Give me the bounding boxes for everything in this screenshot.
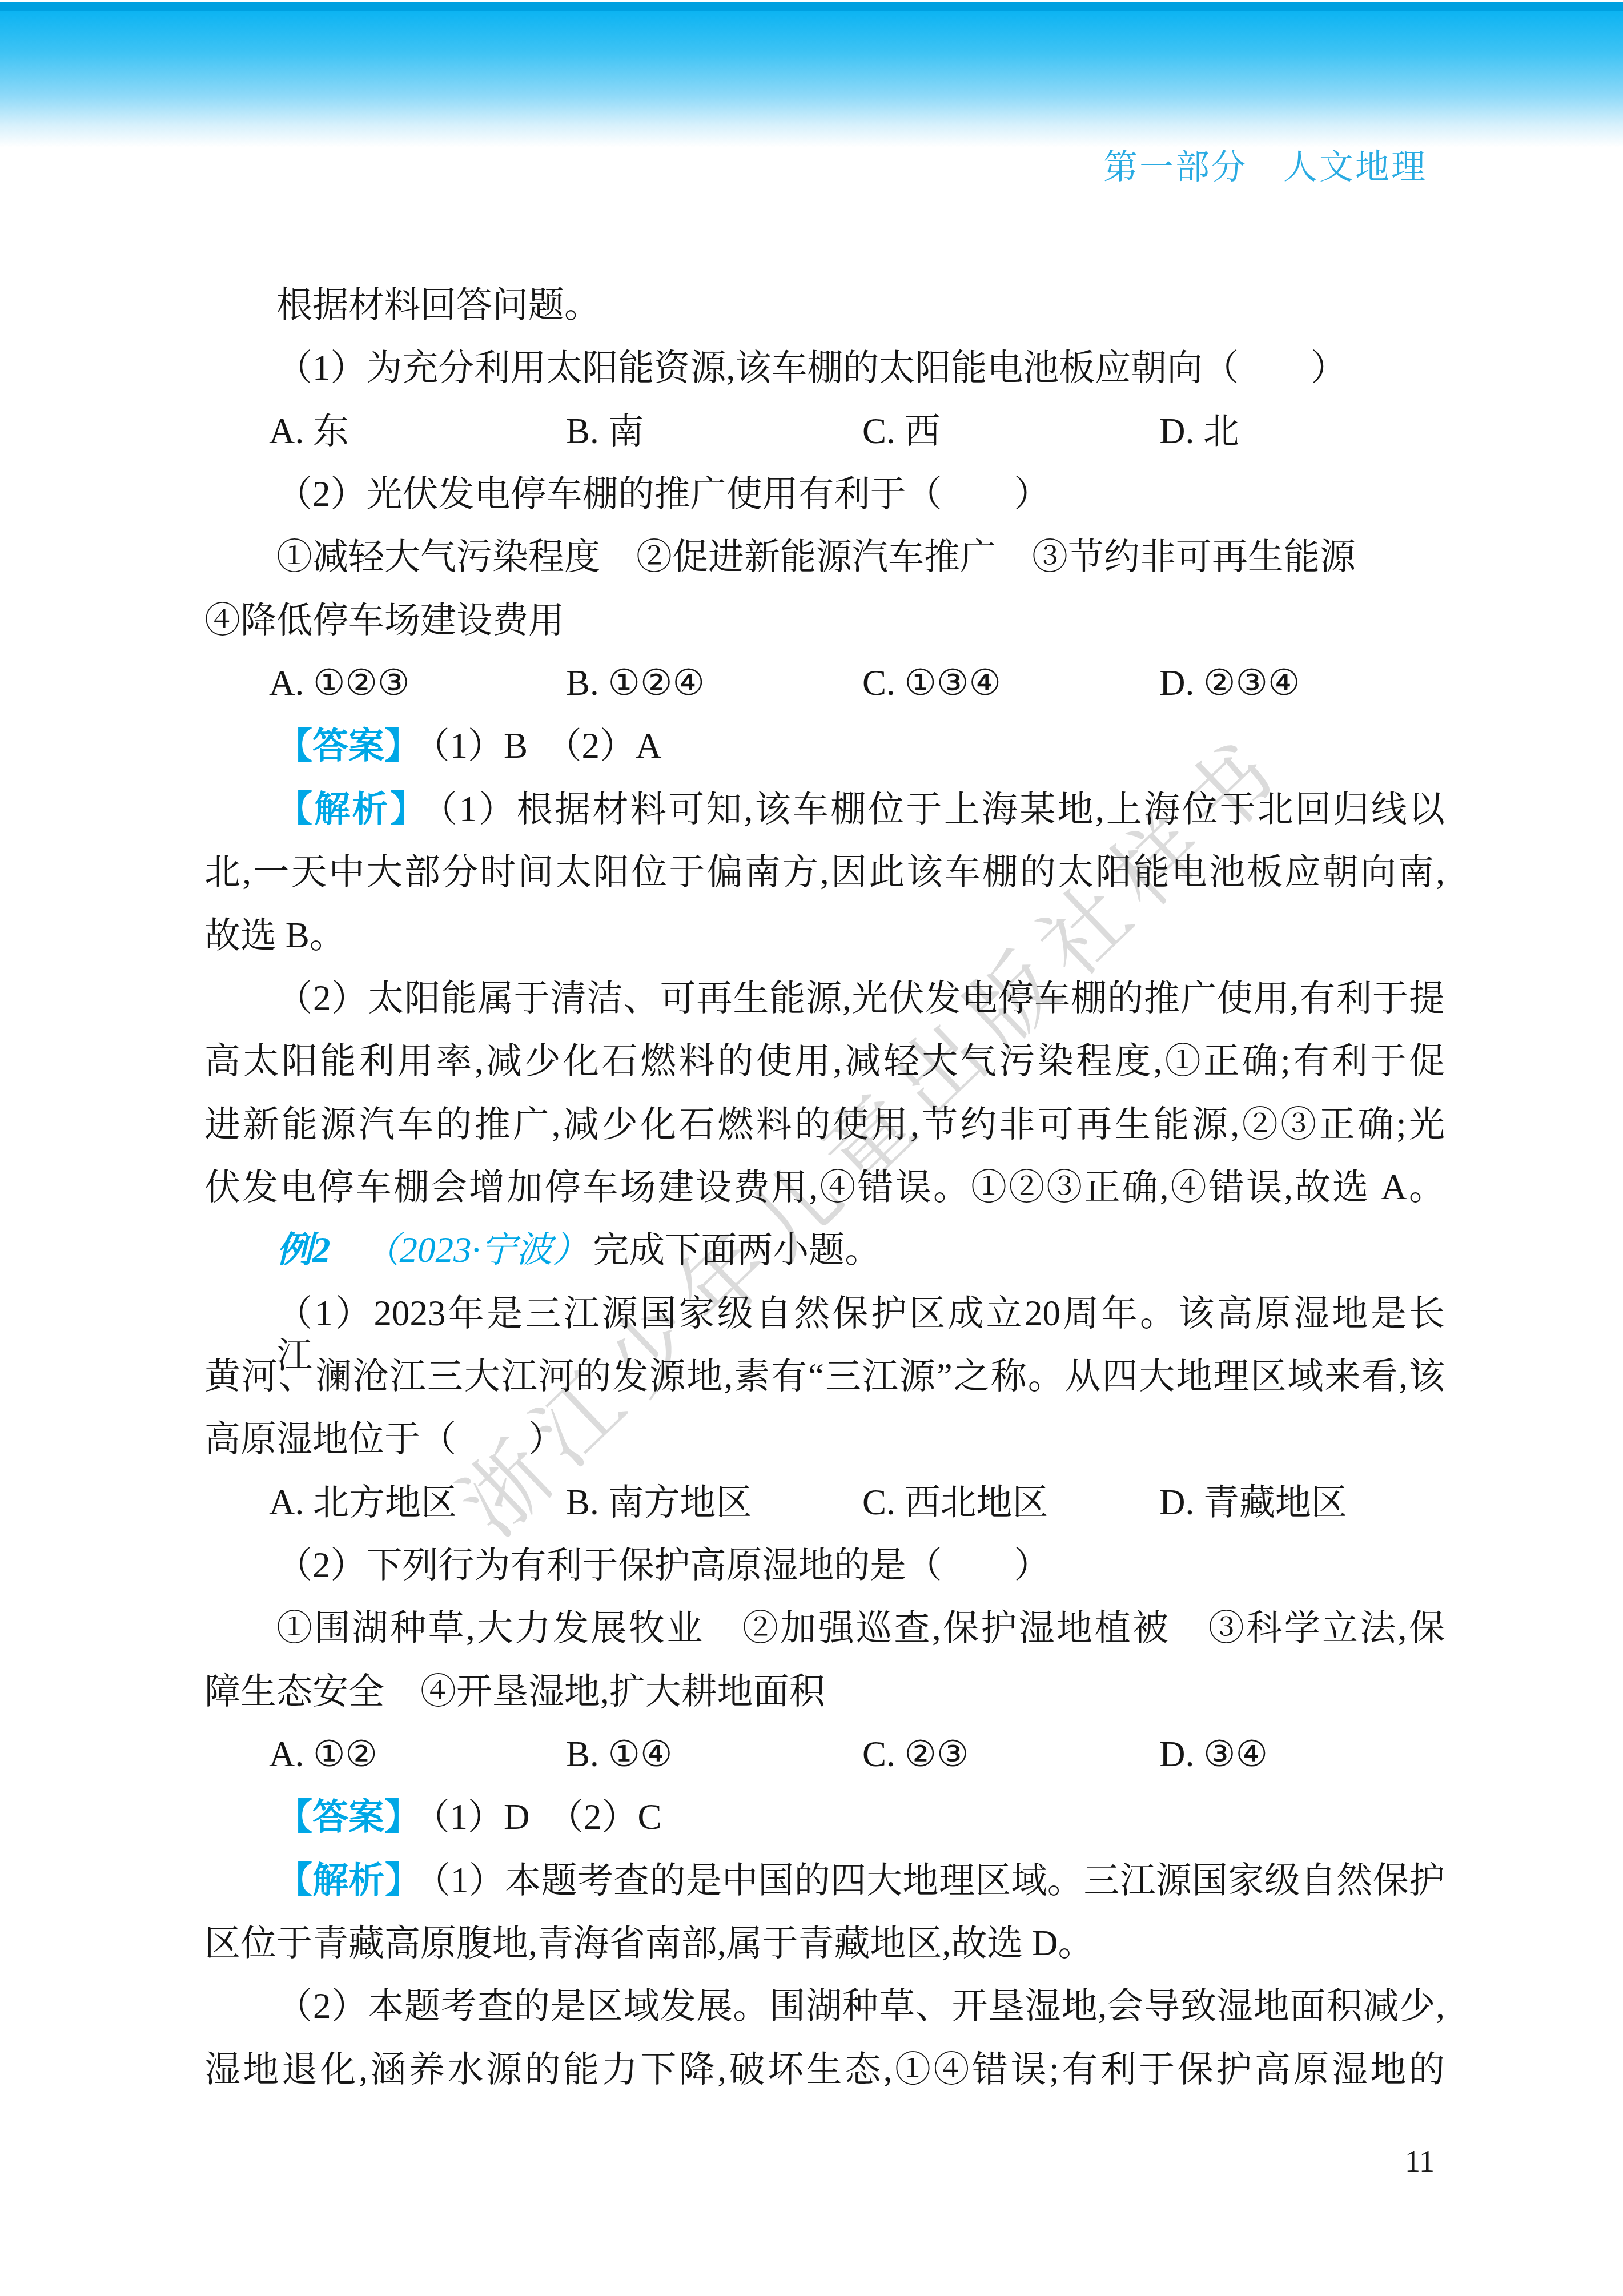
option-a: A. ①② xyxy=(269,1733,377,1775)
question-2-options-row: A. ①②③ B. ①②④ C. ①③④ D. ②③④ xyxy=(204,662,1445,705)
example-2-line: 例2（2023·宁波）完成下面两小题。 xyxy=(204,1229,1445,1272)
analysis-2-line-4: 湿地退化,涵养水源的能力下降,破坏生态,①④错误;有利于保护高原湿地的 xyxy=(204,2048,1445,2092)
option-c: C. 西北地区 xyxy=(862,1481,1048,1523)
option-a: A. 东 xyxy=(269,410,349,452)
answer-values: （1）D （2）C xyxy=(432,1797,662,1837)
option-b: B. 南方地区 xyxy=(566,1481,752,1523)
option-d: D. ②③④ xyxy=(1159,662,1300,704)
section-title: 第一部分 人文地理 xyxy=(1103,150,1427,185)
option-c: C. ①③④ xyxy=(862,662,1001,704)
analysis-text: （1）本题考查的是中国的四大地理区域。三江源国家级自然保护 xyxy=(432,1860,1445,1900)
option-b: B. ①④ xyxy=(566,1733,672,1775)
intro-line: 根据材料回答问题。 xyxy=(204,284,1445,327)
analysis-1-line-1: 【解析】（1）根据材料可知,该车棚位于上海某地,上海位于北回归线以 xyxy=(204,788,1445,831)
question-3-options-row: A. 北方地区 B. 南方地区 C. 西北地区 D. 青藏地区 xyxy=(204,1481,1445,1525)
analysis-1-line-7: 伏发电停车棚会增加停车场建设费用,④错误。①②③正确,④错误,故选 A。 xyxy=(204,1166,1445,1209)
analysis-1-line-6: 进新能源汽车的推广,减少化石燃料的使用,节约非可再生能源,②③正确;光 xyxy=(204,1103,1445,1147)
question-1-stem: （1）为充分利用太阳能资源,该车棚的太阳能电池板应朝向（ ） xyxy=(204,347,1445,390)
answer-label: 【答案】 xyxy=(276,1797,420,1837)
header-blue-bar xyxy=(0,2,1623,11)
option-c: C. ②③ xyxy=(862,1733,969,1775)
header-gradient xyxy=(0,11,1623,147)
answer-line-1: 【答案】（1）B （2）A xyxy=(204,725,1445,768)
page-header xyxy=(0,0,1623,171)
page-number: 11 xyxy=(1405,2145,1435,2178)
option-a: A. 北方地区 xyxy=(269,1481,457,1523)
analysis-2-line-1: 【解析】（1）本题考查的是中国的四大地理区域。三江源国家级自然保护 xyxy=(204,1859,1445,1903)
option-d: D. 北 xyxy=(1159,410,1239,452)
option-b: B. 南 xyxy=(566,410,644,452)
analysis-1-line-2: 北,一天中大部分时间太阳位于偏南方,因此该车棚的太阳能电池板应朝向南, xyxy=(204,851,1445,894)
question-4-stem: （2）下列行为有利于保护高原湿地的是（ ） xyxy=(204,1544,1445,1587)
question-2-stem: （2）光伏发电停车棚的推广使用有利于（ ） xyxy=(204,473,1445,516)
question-2-items-line-1: ①减轻大气污染程度 ②促进新能源汽车推广 ③节约非可再生能源 xyxy=(204,536,1445,579)
question-3-line-1: （1）2023年是三江源国家级自然保护区成立20周年。该高原湿地是长江、 xyxy=(204,1292,1445,1336)
option-b: B. ①②④ xyxy=(566,662,705,704)
answer-line-2: 【答案】（1）D （2）C xyxy=(204,1796,1445,1839)
analysis-label: 【解析】 xyxy=(276,789,428,829)
analysis-1-line-3: 故选 B。 xyxy=(204,914,1445,958)
analysis-1-line-5: 高太阳能利用率,减少化石燃料的使用,减轻大气污染程度,①正确;有利于促 xyxy=(204,1040,1445,1083)
question-4-items-line-1: ①围湖种草,大力发展牧业 ②加强巡查,保护湿地植被 ③科学立法,保 xyxy=(204,1607,1445,1650)
question-3-line-3: 高原湿地位于（ ） xyxy=(204,1418,1445,1461)
analysis-2-line-2: 区位于青藏高原腹地,青海省南部,属于青藏地区,故选 D。 xyxy=(204,1922,1445,1965)
analysis-text: （1）根据材料可知,该车棚位于上海某地,上海位于北回归线以 xyxy=(439,789,1445,829)
question-2-items-line-2: ④降低停车场建设费用 xyxy=(204,599,1445,642)
analysis-1-line-4: （2）太阳能属于清洁、可再生能源,光伏发电停车棚的推广使用,有利于提 xyxy=(204,977,1445,1020)
option-d: D. 青藏地区 xyxy=(1159,1481,1347,1523)
question-4-options-row: A. ①② B. ①④ C. ②③ D. ③④ xyxy=(204,1733,1445,1776)
example-2-text: 完成下面两小题。 xyxy=(593,1230,881,1270)
question-3-line-2: 黄河、澜沧江三大江河的发源地,素有“三江源”之称。从四大地理区域来看,该 xyxy=(204,1355,1445,1398)
analysis-2-line-3: （2）本题考查的是区域发展。围湖种草、开垦湿地,会导致湿地面积减少, xyxy=(204,1985,1445,2028)
example-2-source: （2023·宁波） xyxy=(364,1230,589,1270)
option-a: A. ①②③ xyxy=(269,662,409,704)
example-2-label: 例2 xyxy=(276,1230,331,1270)
question-1-options-row: A. 东 B. 南 C. 西 D. 北 xyxy=(204,410,1445,453)
answer-values: （1）B （2）A xyxy=(432,726,662,766)
option-d: D. ③④ xyxy=(1159,1733,1268,1775)
analysis-label: 【解析】 xyxy=(276,1860,421,1900)
answer-label: 【答案】 xyxy=(276,726,420,766)
option-c: C. 西 xyxy=(862,410,941,452)
question-4-items-line-2: 障生态安全 ④开垦湿地,扩大耕地面积 xyxy=(204,1670,1445,1714)
